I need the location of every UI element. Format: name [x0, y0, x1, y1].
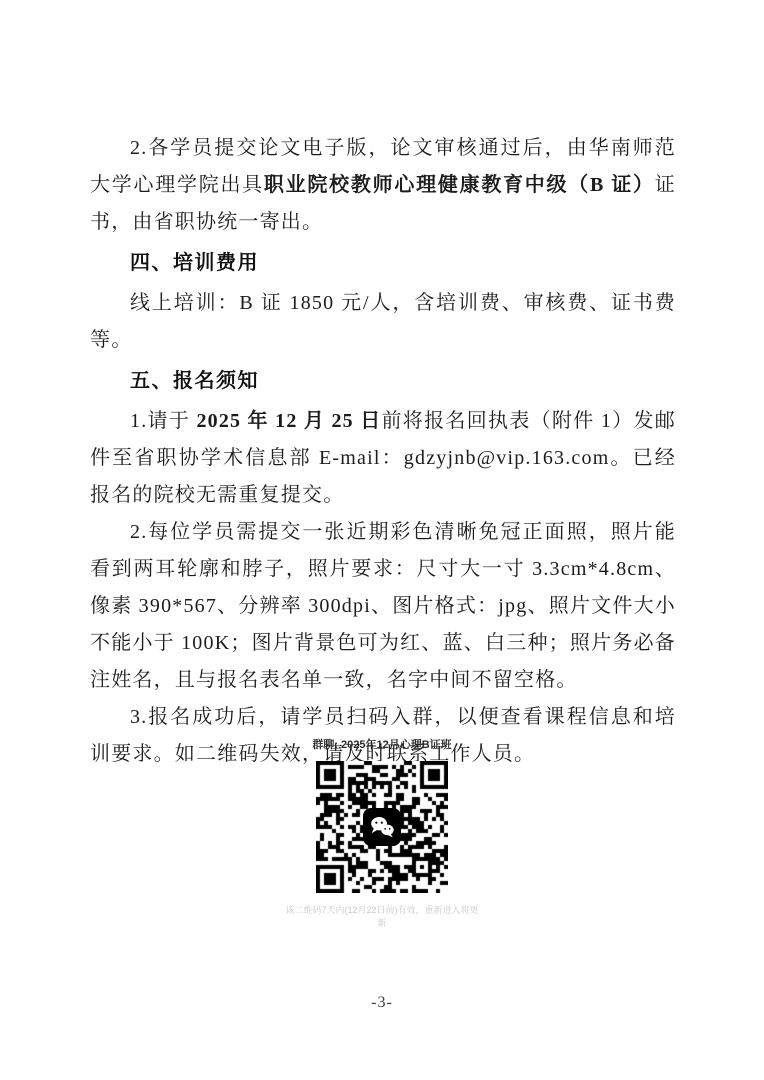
page-number: -3- [0, 994, 764, 1012]
paragraph: 2.各学员提交论文电子版，论文审核通过后，由华南师范大学心理学院出具职业院校教师… [90, 130, 676, 241]
document-body: 2.各学员提交论文电子版，论文审核通过后，由华南师范大学心理学院出具职业院校教师… [90, 130, 676, 773]
wechat-icon [363, 808, 401, 846]
paragraph: 1.请于 2025 年 12 月 25 日前将报名回执表（附件 1）发邮件至省职… [90, 403, 676, 514]
section-heading: 五、报名须知 [90, 363, 676, 400]
qr-expiry-note: 该二维码7天内(12月22日前)有效，重新进入将更新 [285, 904, 480, 930]
paragraph: 2.每位学员需提交一张近期彩色清晰免冠正面照，照片能看到两耳轮廓和脖子，照片要求… [90, 514, 676, 699]
paragraph: 线上培训：B 证 1850 元/人，含培训费、审核费、证书费等。 [90, 285, 676, 359]
qr-code [316, 761, 448, 893]
qr-caption: 群聊: 2025年12月心理B证班 [298, 738, 466, 753]
document-page: 2.各学员提交论文电子版，论文审核通过后，由华南师范大学心理学院出具职业院校教师… [0, 0, 764, 1080]
section-heading: 四、培训费用 [90, 245, 676, 282]
qr-section: 群聊: 2025年12月心理B证班 该二维码7天内(12月22日前)有效，重新进… [0, 738, 764, 930]
